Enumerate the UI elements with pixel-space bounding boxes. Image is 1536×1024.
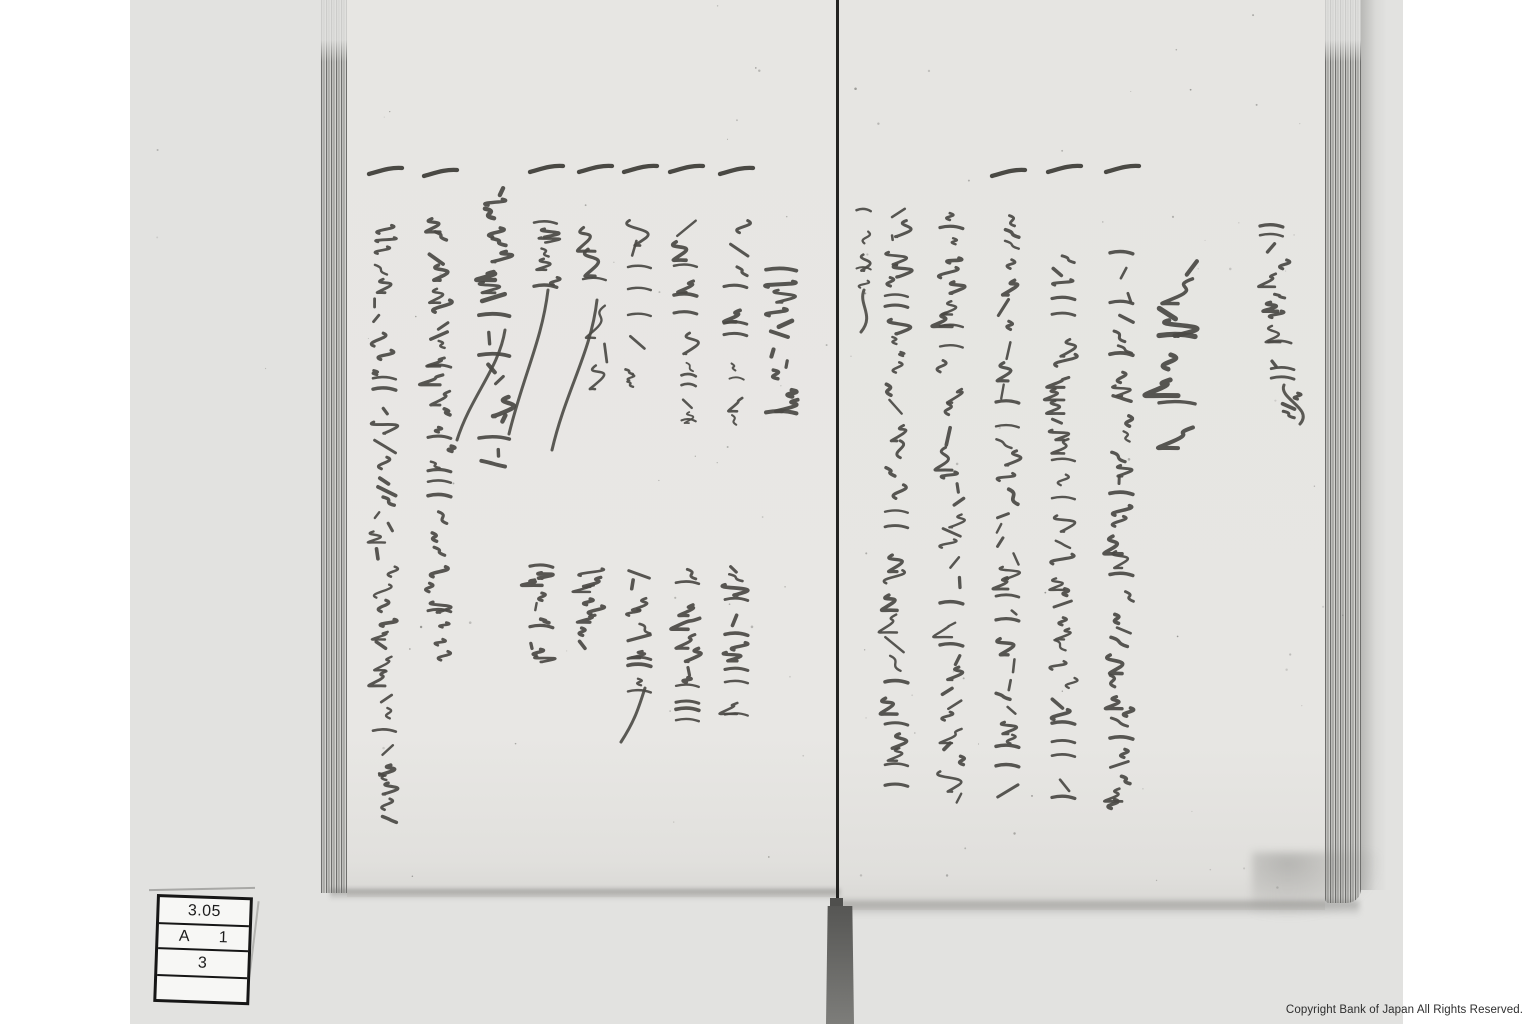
- handwritten-column: 色々渡方: [1145, 261, 1197, 448]
- handwritten-column: 汁之実代三文五厘十五文宛代百文余分: [368, 168, 402, 823]
- left-page-lower-columns: 兼役方上下添役弐人詰横目弐人詰使之家日〆人〆: [522, 565, 748, 742]
- right-page-columns: 〆三貫五百文色々渡方色々百五拾文之人ニ為遣候儀也賄方百五拾文三人ニ為遣候処也上白…: [857, 166, 1304, 809]
- copyright-notice: Copyright Bank of Japan All Rights Reser…: [1286, 1004, 1523, 1016]
- handwritten-column: 上下: [728, 363, 743, 424]
- archive-label-box: 3.05 A 1 3: [153, 894, 253, 1005]
- label-series-code: A 1: [158, 922, 249, 950]
- handwritten-column: 三度米五勺宛味噌五拾目三度分: [932, 213, 965, 802]
- scanned-document-page: { "document_type": "scanned archival han…: [0, 0, 1536, 1024]
- handwritten-column: 〃: [626, 369, 635, 386]
- handwritten-column: 使之家: [573, 569, 605, 649]
- handwritten-column: 上下: [682, 363, 696, 423]
- handwritten-column: 助人宛: [624, 166, 657, 349]
- handwritten-column: 色々百五拾文之人ニ為遣候儀也: [1104, 166, 1139, 809]
- handwritten-column: 三人宛: [552, 166, 612, 450]
- handwritten-column: 御臺所新: [765, 268, 798, 413]
- handwritten-column: 今人数〆拾五人: [457, 188, 514, 466]
- handwritten-column: 上白米三人ニ合五勺宛入遣申候: [992, 170, 1025, 797]
- left-page-columns: 御臺所新四人宛上下弐人宛上下助人宛〃三人宛三人宛今人数〆拾五人上白米三人〆合味噌…: [368, 166, 798, 823]
- handwritten-column: 四人宛: [720, 168, 753, 336]
- handwritten-column: 〆三貫五百文: [1258, 225, 1303, 424]
- handwritten-column: 横目弐人詰: [621, 571, 651, 742]
- handwritten-column: 弐人宛: [670, 166, 703, 354]
- label-empty-row: [156, 974, 247, 1002]
- label-shelf-number: 3.05: [159, 897, 250, 925]
- handwritten-column: 賄方百五拾文三人ニ為遣候処也: [1044, 166, 1081, 799]
- handwritten-column: 日〆人〆: [522, 565, 556, 662]
- handwritten-column: 〆判: [857, 209, 871, 332]
- handwritten-column: 上白米三人〆合味噌三拾目宛: [420, 170, 457, 660]
- handwritten-column: 汁之実代三文五厘宛香之物代共: [879, 209, 912, 787]
- handwriting-layer: 〆三貫五百文色々渡方色々百五拾文之人ニ為遣候儀也賄方百五拾文三人ニ為遣候処也上白…: [0, 0, 1536, 1024]
- handwritten-column: 兼役方上下: [719, 567, 747, 716]
- label-item-number: 3: [157, 947, 248, 977]
- handwritten-column: 添役弐人詰: [671, 569, 701, 721]
- handwritten-column: 三人宛: [509, 166, 563, 434]
